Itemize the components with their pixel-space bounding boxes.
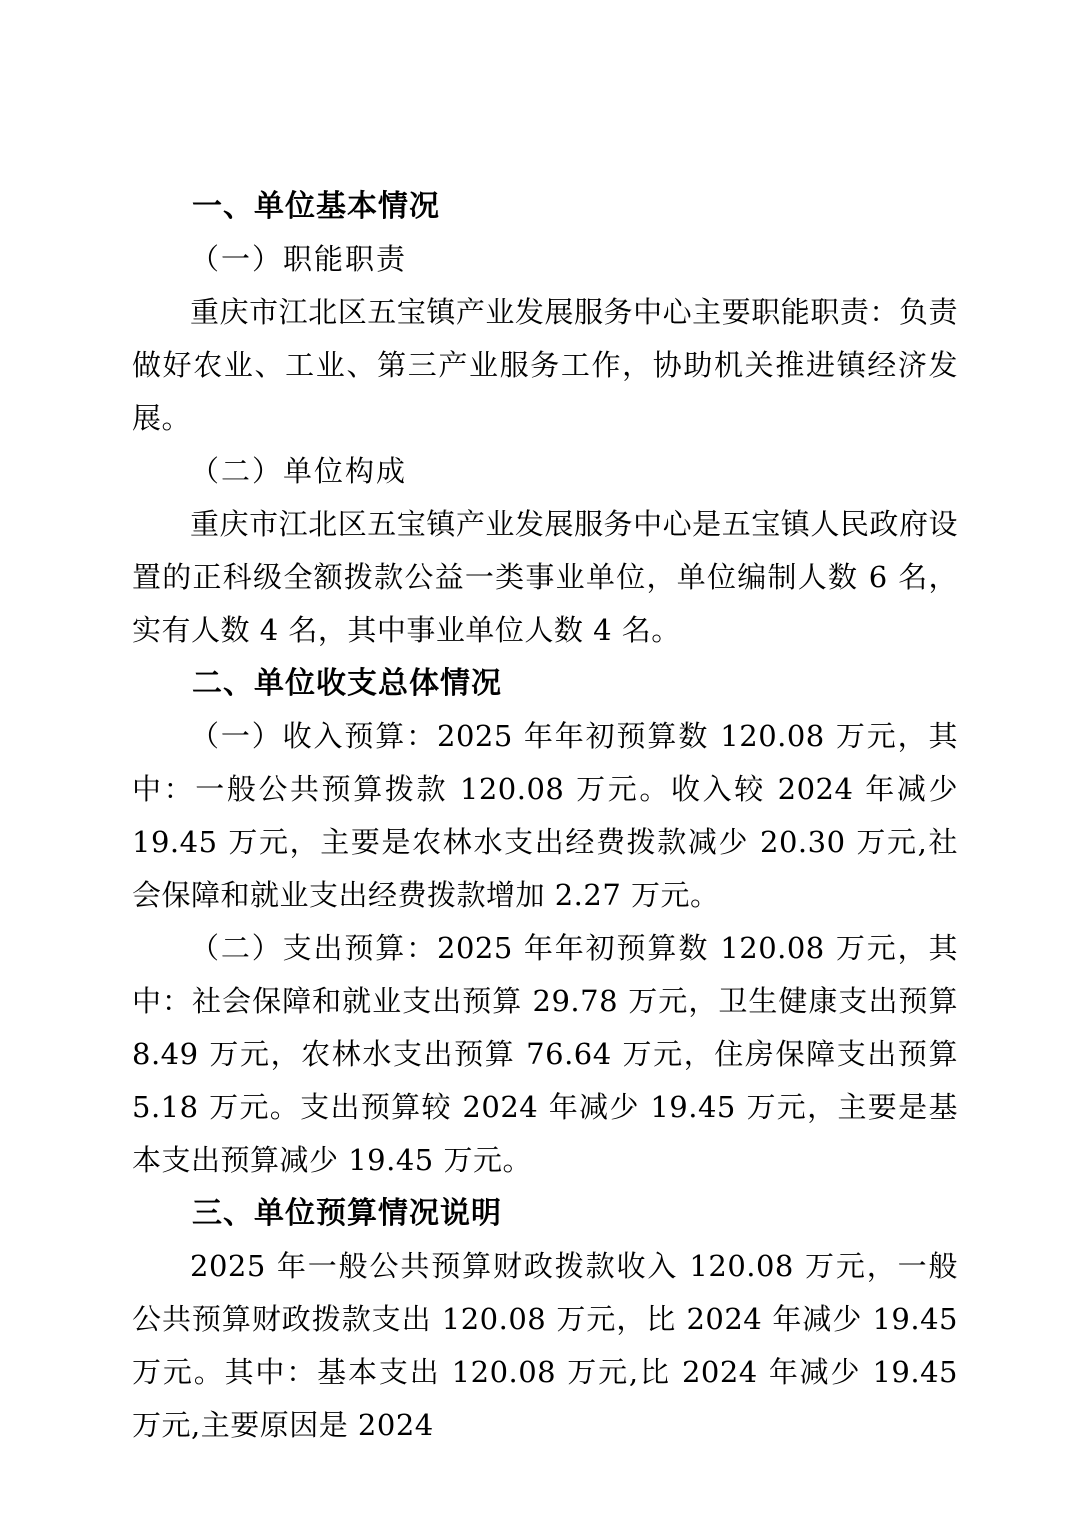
- subsection-heading-duties: （一）职能职责: [132, 233, 958, 286]
- section-heading-revenue-expenditure: 二、单位收支总体情况: [132, 657, 958, 710]
- document-page: 一、单位基本情况 （一）职能职责 重庆市江北区五宝镇产业发展服务中心主要职能职责…: [0, 0, 1074, 1520]
- section-heading-budget-explanation: 三、单位预算情况说明: [132, 1187, 958, 1240]
- subsection-heading-composition: （二）单位构成: [132, 445, 958, 498]
- paragraph-composition: 重庆市江北区五宝镇产业发展服务中心是五宝镇人民政府设置的正科级全额拨款公益一类事…: [132, 498, 958, 657]
- paragraph-duties: 重庆市江北区五宝镇产业发展服务中心主要职能职责：负责做好农业、工业、第三产业服务…: [132, 286, 958, 445]
- paragraph-income-budget: （一）收入预算：2025 年年初预算数 120.08 万元，其中：一般公共预算拨…: [132, 710, 958, 922]
- paragraph-budget-explanation: 2025 年一般公共预算财政拨款收入 120.08 万元，一般公共预算财政拨款支…: [132, 1240, 958, 1452]
- paragraph-expenditure-budget: （二）支出预算：2025 年年初预算数 120.08 万元，其中：社会保障和就业…: [132, 922, 958, 1187]
- section-heading-unit-basic-info: 一、单位基本情况: [132, 180, 958, 233]
